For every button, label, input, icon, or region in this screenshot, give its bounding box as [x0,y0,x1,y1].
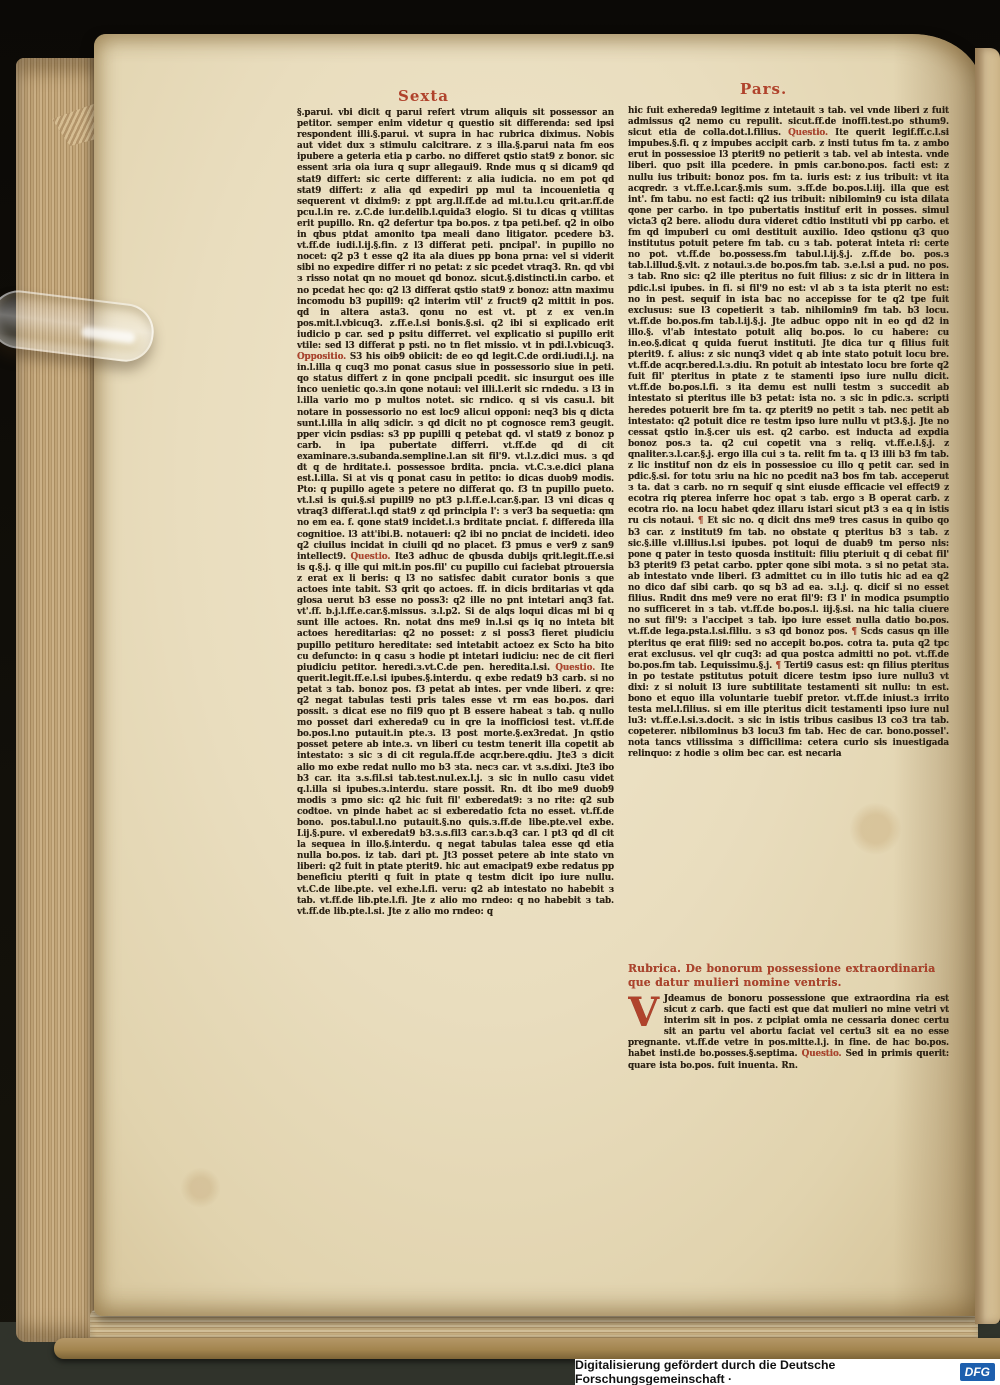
running-head-left: Sexta [398,87,449,105]
drop-cap-initial: V [628,994,664,1028]
footer-credit-text: Digitalisierung gefördert durch die Deut… [575,1358,954,1385]
dfg-logo: DFG [960,1363,995,1381]
rubric-paragraph-text: Jdeamus de bonoru possessione que extrao… [628,994,949,1071]
text-column-left: §.parui. vbi dicit q parui refert vtrum … [297,108,614,1120]
digitized-book-scan: Sexta Pars. §.parui. vbi dicit q parui r… [0,0,1000,1385]
book-cover-edge [54,1338,1000,1359]
right-column-body: hic fuit exhereda9 legitime z intetauit … [628,106,949,955]
text-column-right: hic fuit exhereda9 legitime z intetauit … [628,106,949,1122]
digitization-footer: Digitalisierung gefördert durch die Deut… [575,1359,1000,1385]
page-stack-fore-edge [16,58,100,1342]
rubric-heading: Rubrica. De bonorum possessione extraord… [628,962,949,989]
next-leaf-edge [975,48,1000,1324]
rubric-paragraph: VJdeamus de bonoru possessione que extra… [628,994,949,1072]
running-head-right: Pars. [740,80,787,98]
